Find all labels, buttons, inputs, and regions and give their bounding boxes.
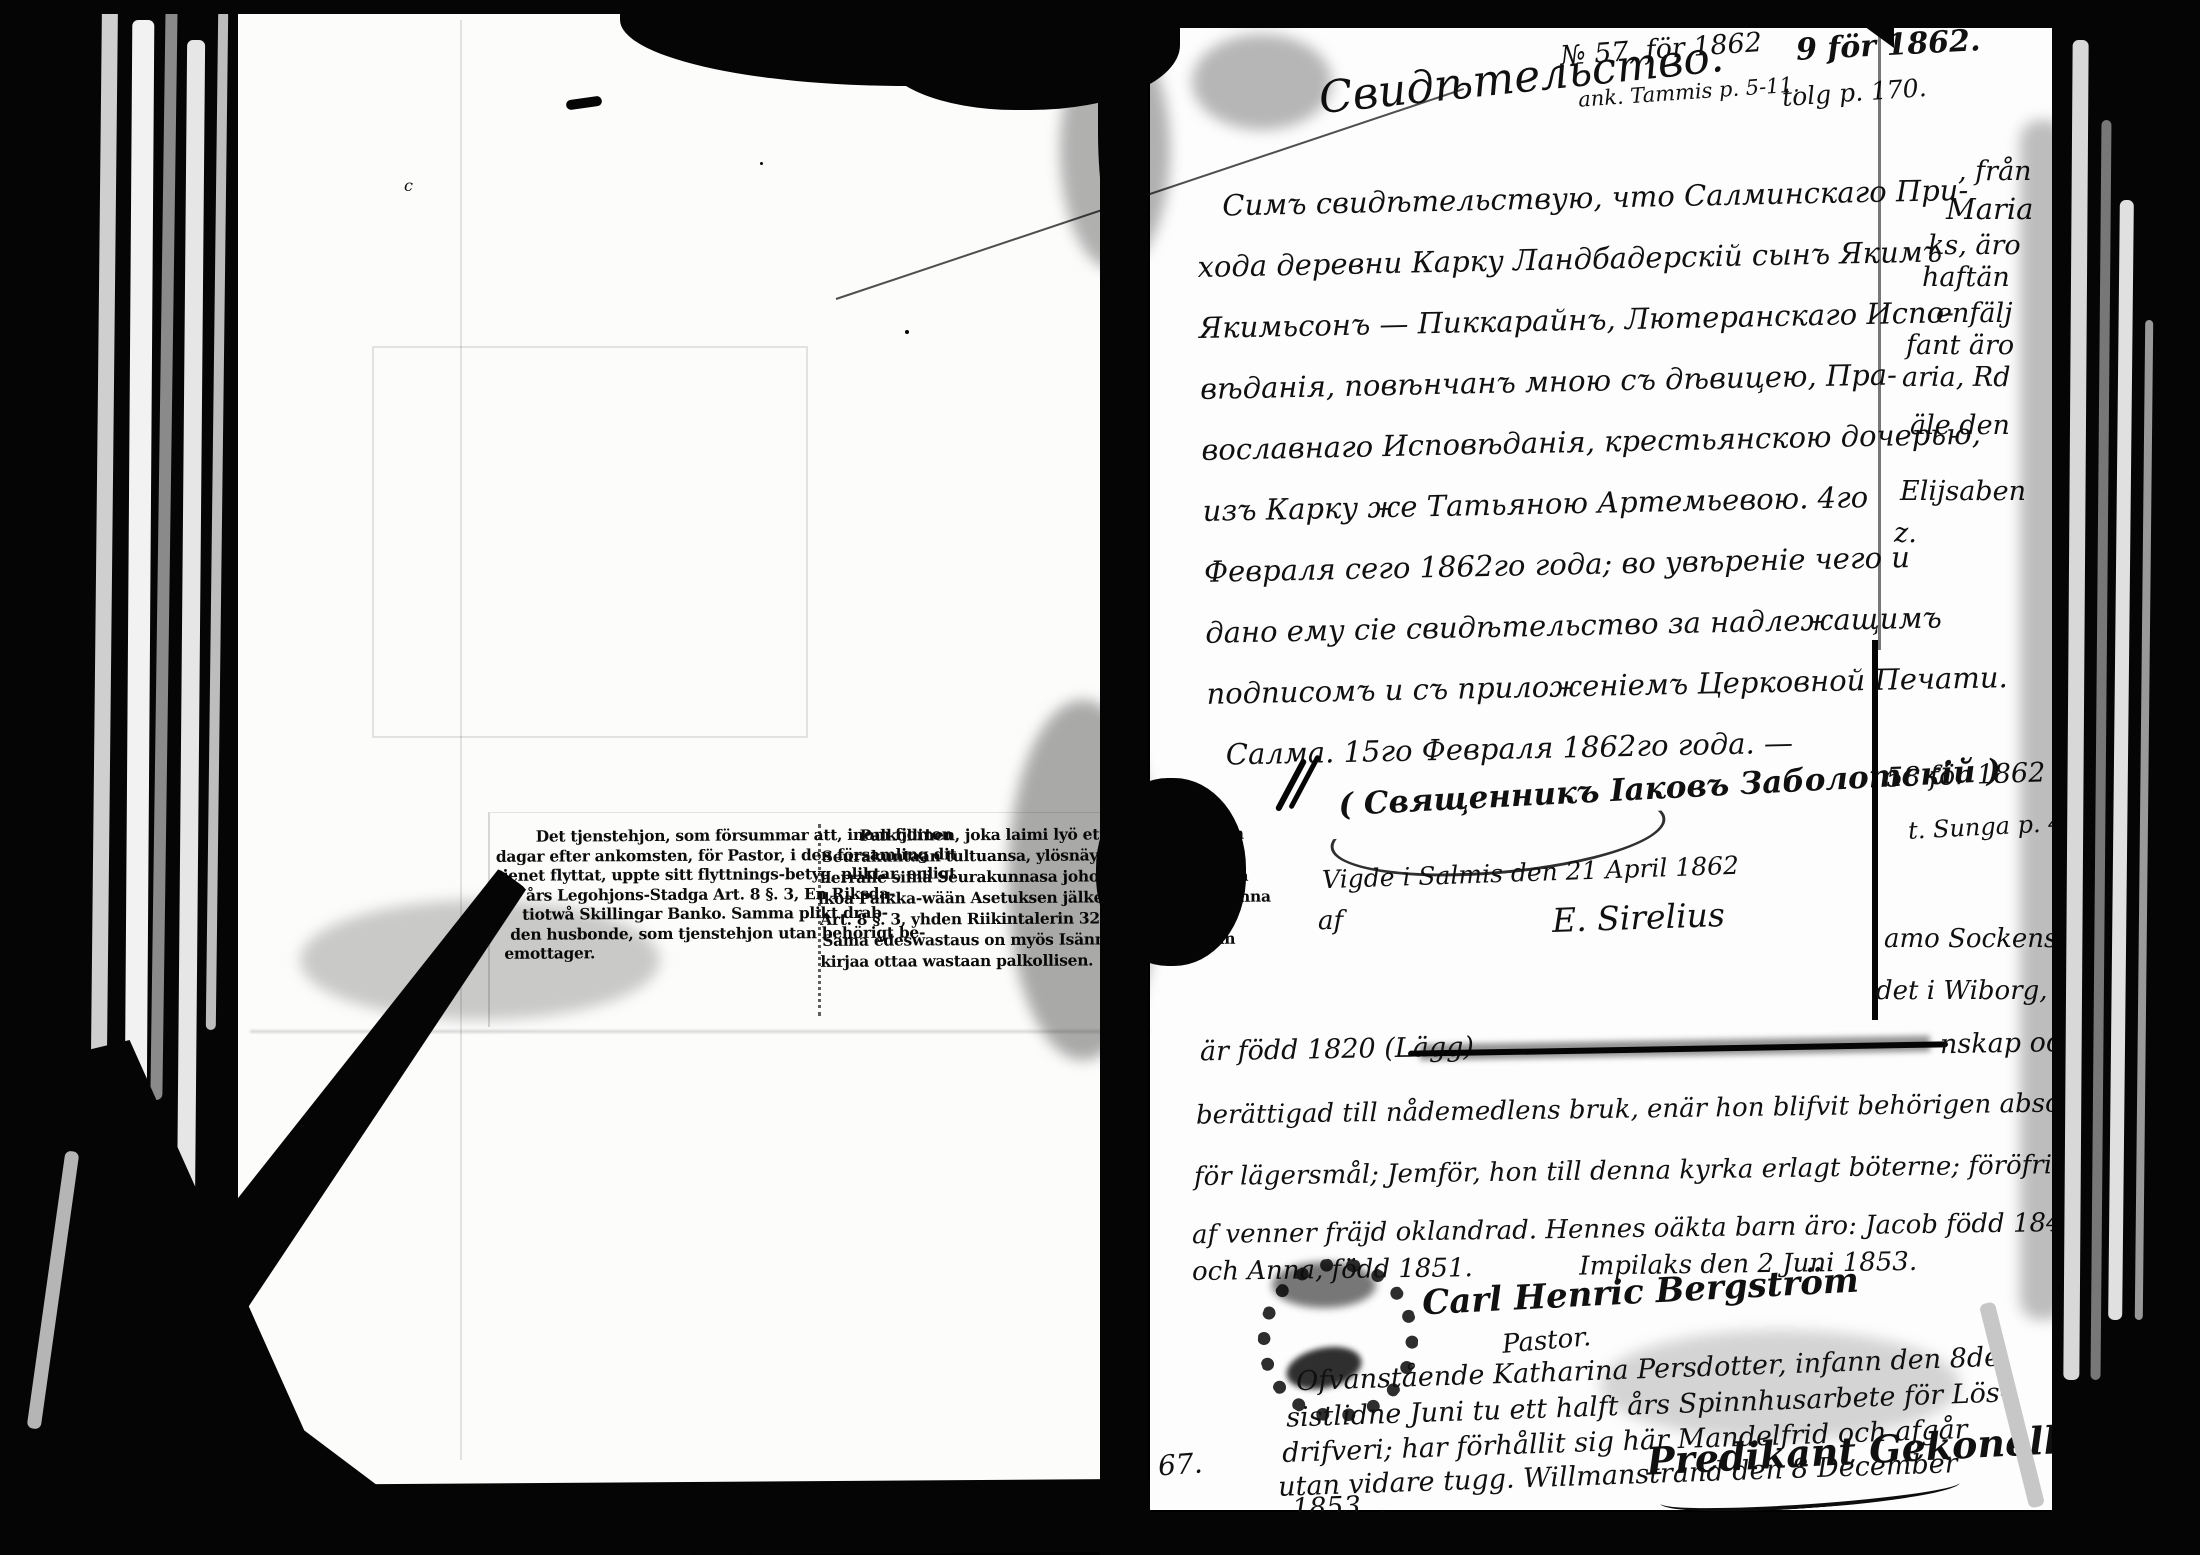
crease-line — [460, 20, 462, 1460]
gutter-ink-blob — [1096, 778, 1246, 966]
certificate-body: Симъ свидѣтельствую, что Салминскаго При… — [1196, 160, 1969, 786]
notice-line: Det tjenstehjon, som försummar att, inom… — [496, 825, 812, 846]
bottom-band-left — [230, 1479, 1150, 1555]
notice-line: dagar efter ankomsten, för Pastor, i den… — [496, 845, 812, 866]
underpage-fragment: enfälj — [1936, 298, 2012, 329]
notary-signature: E. Sirelius — [1551, 895, 1725, 940]
af-label: af — [1318, 906, 1343, 936]
underpage-fragment: äle den — [1910, 410, 2010, 441]
archival-scan: c Det tjenstehjon, som försummar att, in… — [0, 0, 2200, 1555]
speck — [760, 162, 763, 165]
folio-number: 67. — [1157, 1446, 1204, 1482]
gutter-band — [1100, 0, 1148, 1555]
underpage-fragment: Elijsaben — [1900, 476, 2026, 507]
underpage-fragment: fant äro — [1906, 330, 2014, 361]
speck — [905, 330, 909, 334]
stamp-ink-top — [1272, 1262, 1376, 1308]
bottom-band-right — [1140, 1512, 2100, 1555]
pasted-slip-outline — [372, 346, 808, 738]
notice-line: tjenet flyttat, uppte sitt flyttnings-be… — [496, 864, 812, 885]
dog-ear-fold — [1842, 10, 1894, 48]
top-band-right — [1140, 0, 2200, 28]
underpage-fragment: z. — [1894, 518, 1917, 549]
notice-line: års Legohjons-Stadga Art. 8 §. 3, En Rik… — [496, 884, 812, 905]
underpage-fragment: ks, äro — [1928, 230, 2021, 261]
certificate-edge-line-heavy — [1872, 640, 1878, 1020]
left-page — [236, 8, 1146, 1488]
underpage-fragment: aria, Rd — [1902, 362, 2011, 393]
stray-mark: c — [404, 176, 413, 195]
smudge-heading-left — [1192, 34, 1332, 130]
underpage-fragment: haftän — [1922, 262, 2010, 293]
certificate-edge-line — [1878, 30, 1881, 650]
